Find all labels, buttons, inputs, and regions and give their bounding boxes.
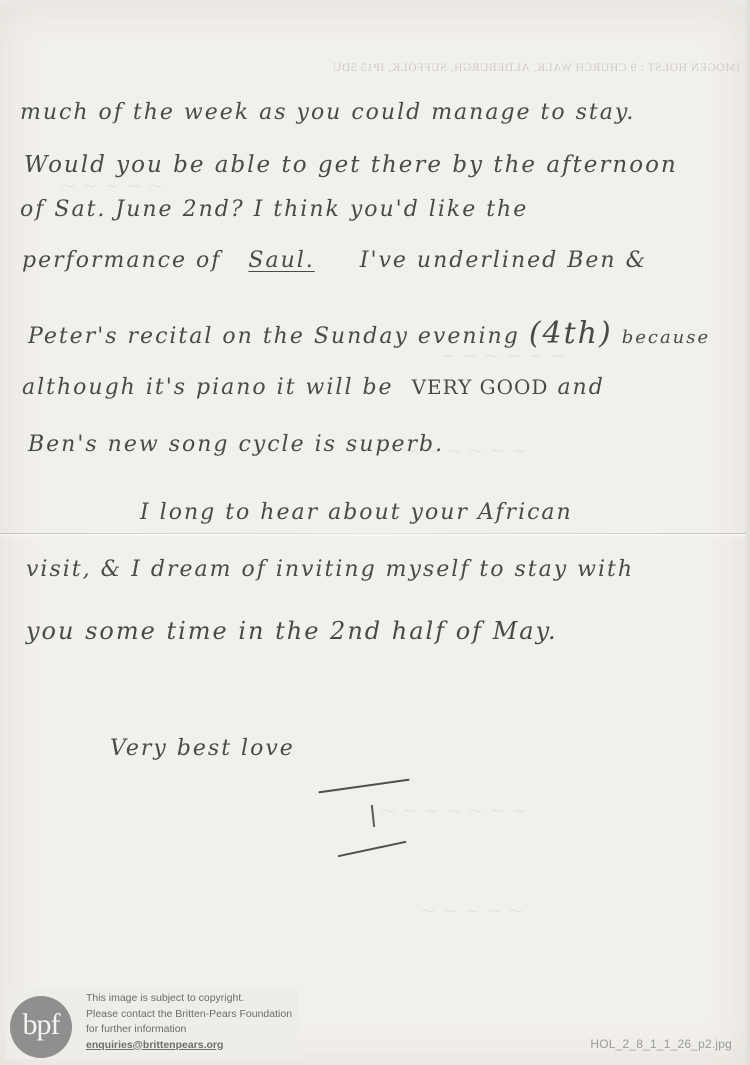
letter-line-2: Would you be able to get there by the af…	[24, 152, 678, 178]
letter-line-5: Peter's recital on the Sunday evening (4…	[28, 316, 710, 351]
show-through-text: ~ ~ ~ ~ ~ ~ ~	[380, 800, 528, 822]
notice-line-1: This image is subject to copyright.	[86, 991, 292, 1007]
date-parenthetical: (4th)	[529, 316, 613, 351]
show-through-text: ~ ~ ~ ~ ~	[60, 175, 164, 197]
letterhead-show-through: IMOGEN HOLST : 9 CHURCH WALK, ALDEBURGH,…	[430, 62, 740, 74]
recital-text: Peter's recital on the Sunday evening	[28, 324, 520, 349]
show-through-text: ~ ~ ~ ~ ~	[420, 900, 524, 922]
letter-line-3: of Sat. June 2nd? I think you'd like the	[20, 197, 528, 222]
performance-text: performance of	[22, 248, 221, 273]
because-text: because	[622, 327, 710, 348]
letter-line-1: much of the week as you could manage to …	[20, 100, 635, 125]
although-text: although it's piano it will be	[22, 375, 394, 400]
image-filename: HOL_2_8_1_1_26_p2.jpg	[590, 1037, 732, 1051]
copyright-notice-text: This image is subject to copyright. Plea…	[86, 991, 292, 1053]
bpf-logo: bpf	[10, 996, 72, 1058]
contact-email-link[interactable]: enquiries@brittenpears.org	[86, 1038, 292, 1054]
page-edge	[746, 0, 750, 1065]
letter-line-9: visit, & I dream of inviting myself to s…	[26, 557, 634, 582]
very-good-emphasis: VERY GOOD	[412, 375, 549, 399]
notice-line-2: Please contact the Britten-Pears Foundat…	[86, 1007, 292, 1023]
letter-line-4: performance of Saul. I've underlined Ben…	[22, 248, 647, 273]
underlined-text: I've underlined Ben &	[360, 248, 647, 273]
and-text: and	[557, 375, 604, 400]
letter-line-6: although it's piano it will be VERY GOOD…	[22, 375, 605, 400]
bpf-logo-text: bpf	[23, 1008, 60, 1042]
letter-line-8: I long to hear about your African	[140, 500, 573, 525]
fold-shadow	[0, 534, 746, 538]
notice-line-3: for further information	[86, 1022, 292, 1038]
letter-line-10: you some time in the 2nd half of May.	[26, 617, 558, 645]
letter-closing: Very best love	[110, 736, 295, 761]
saul-underlined: Saul.	[248, 248, 314, 273]
letter-line-7: Ben's new song cycle is superb.	[28, 432, 444, 457]
